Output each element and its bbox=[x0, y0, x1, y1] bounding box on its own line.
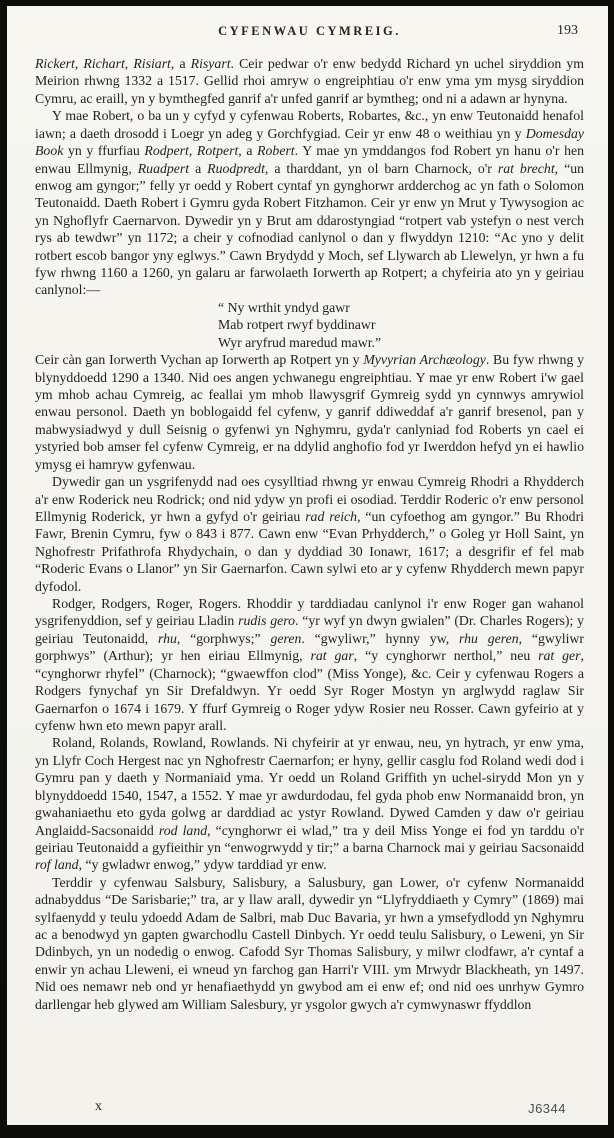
text-run: . “gwyliwr,” hynny yw, bbox=[301, 631, 459, 646]
text-run: , a bbox=[238, 143, 257, 158]
italic-text-run: Rickert bbox=[35, 56, 75, 71]
italic-text-run: Richart bbox=[83, 56, 124, 71]
text-run: , a bbox=[171, 56, 191, 71]
verse-quote: “ Ny wrthit yndyd gawrMab rotpert rwyf b… bbox=[218, 299, 584, 351]
italic-text-run: rof land bbox=[35, 857, 79, 872]
italic-text-run: Myvyrian Archæology bbox=[363, 352, 486, 367]
text-run: Ceir càn gan Iorwerth Vychan ap Iorwerth… bbox=[35, 352, 363, 367]
text-run: yn y ffurfiau bbox=[63, 143, 144, 158]
text-run: Y mae Robert, o ba un y cyfyd y cyfenwau… bbox=[35, 108, 584, 140]
text-run: , “y gwladwr enwog,” ydyw tarddiad yr en… bbox=[79, 857, 327, 872]
page-body: Rickert, Richart, Risiart, a Risyart. Ce… bbox=[35, 55, 584, 1013]
italic-text-run: Robert bbox=[257, 143, 295, 158]
italic-text-run: rad reich bbox=[305, 509, 357, 524]
text-run: , “un enwog am gyngor;” felly yr oedd y … bbox=[35, 161, 584, 298]
italic-text-run: Ruodpredt bbox=[207, 161, 265, 176]
text-run: Terddir y cyfenwau Salsbury, Salisbury, … bbox=[35, 875, 584, 1012]
italic-text-run: rhu bbox=[158, 631, 177, 646]
signature-mark: x bbox=[95, 1099, 102, 1115]
paragraph: Terddir y cyfenwau Salsbury, Salisbury, … bbox=[35, 874, 584, 1013]
page-footer: x J6344 bbox=[7, 1099, 608, 1119]
page-number: 193 bbox=[557, 23, 578, 39]
text-run: , bbox=[189, 143, 197, 158]
italic-text-run: rat gar bbox=[311, 648, 354, 663]
page-header-title: CYFENWAU CYMREIG. bbox=[35, 24, 584, 39]
italic-text-run: Rotpert bbox=[197, 143, 238, 158]
text-run: , a tharddant, yn ol barn Charnock, o'r bbox=[265, 161, 498, 176]
paragraph: Y mae Robert, o ba un y cyfyd y cyfenwau… bbox=[35, 107, 584, 299]
page-surface: CYFENWAU CYMREIG. 193 Rickert, Richart, … bbox=[7, 6, 608, 1125]
scan-reference-number: J6344 bbox=[528, 1101, 566, 1116]
text-run: . Bu fyw rhwng y blynyddoedd 1290 a 1340… bbox=[35, 352, 584, 472]
text-run: , “gorphwys;” bbox=[177, 631, 271, 646]
italic-text-run: rudis gero bbox=[238, 613, 295, 628]
paragraph: Dywedir gan un ysgrifenydd nad oes cysyl… bbox=[35, 473, 584, 595]
paragraph: Ceir càn gan Iorwerth Vychan ap Iorwerth… bbox=[35, 351, 584, 473]
italic-text-run: geren bbox=[270, 631, 301, 646]
italic-text-run: Risiart bbox=[133, 56, 171, 71]
italic-text-run: rhu geren bbox=[459, 631, 519, 646]
italic-text-run: rat brecht bbox=[498, 161, 555, 176]
paragraph: Rickert, Richart, Risiart, a Risyart. Ce… bbox=[35, 55, 584, 107]
running-head: CYFENWAU CYMREIG. 193 bbox=[35, 24, 584, 46]
verse-line: “ Ny wrthit yndyd gawr bbox=[218, 299, 584, 316]
italic-text-run: Risyart bbox=[191, 56, 231, 71]
paragraph: Rodger, Rodgers, Roger, Rogers. Rhoddir … bbox=[35, 595, 584, 734]
italic-text-run: Rodpert bbox=[144, 143, 188, 158]
text-run: a bbox=[189, 161, 207, 176]
italic-text-run: rat ger bbox=[538, 648, 580, 663]
italic-text-run: rod land bbox=[159, 823, 207, 838]
paragraph: Roland, Rolands, Rowland, Rowlands. Ni c… bbox=[35, 734, 584, 873]
text-run: , “y cynghorwr nerthol,” neu bbox=[354, 648, 538, 663]
verse-line: Mab rotpert rwyf byddinawr bbox=[218, 316, 584, 333]
verse-line: Wyr aryfrud maredud mawr.” bbox=[218, 334, 584, 351]
italic-text-run: Ruadpert bbox=[138, 161, 189, 176]
scanned-book-page: CYFENWAU CYMREIG. 193 Rickert, Richart, … bbox=[0, 0, 614, 1138]
